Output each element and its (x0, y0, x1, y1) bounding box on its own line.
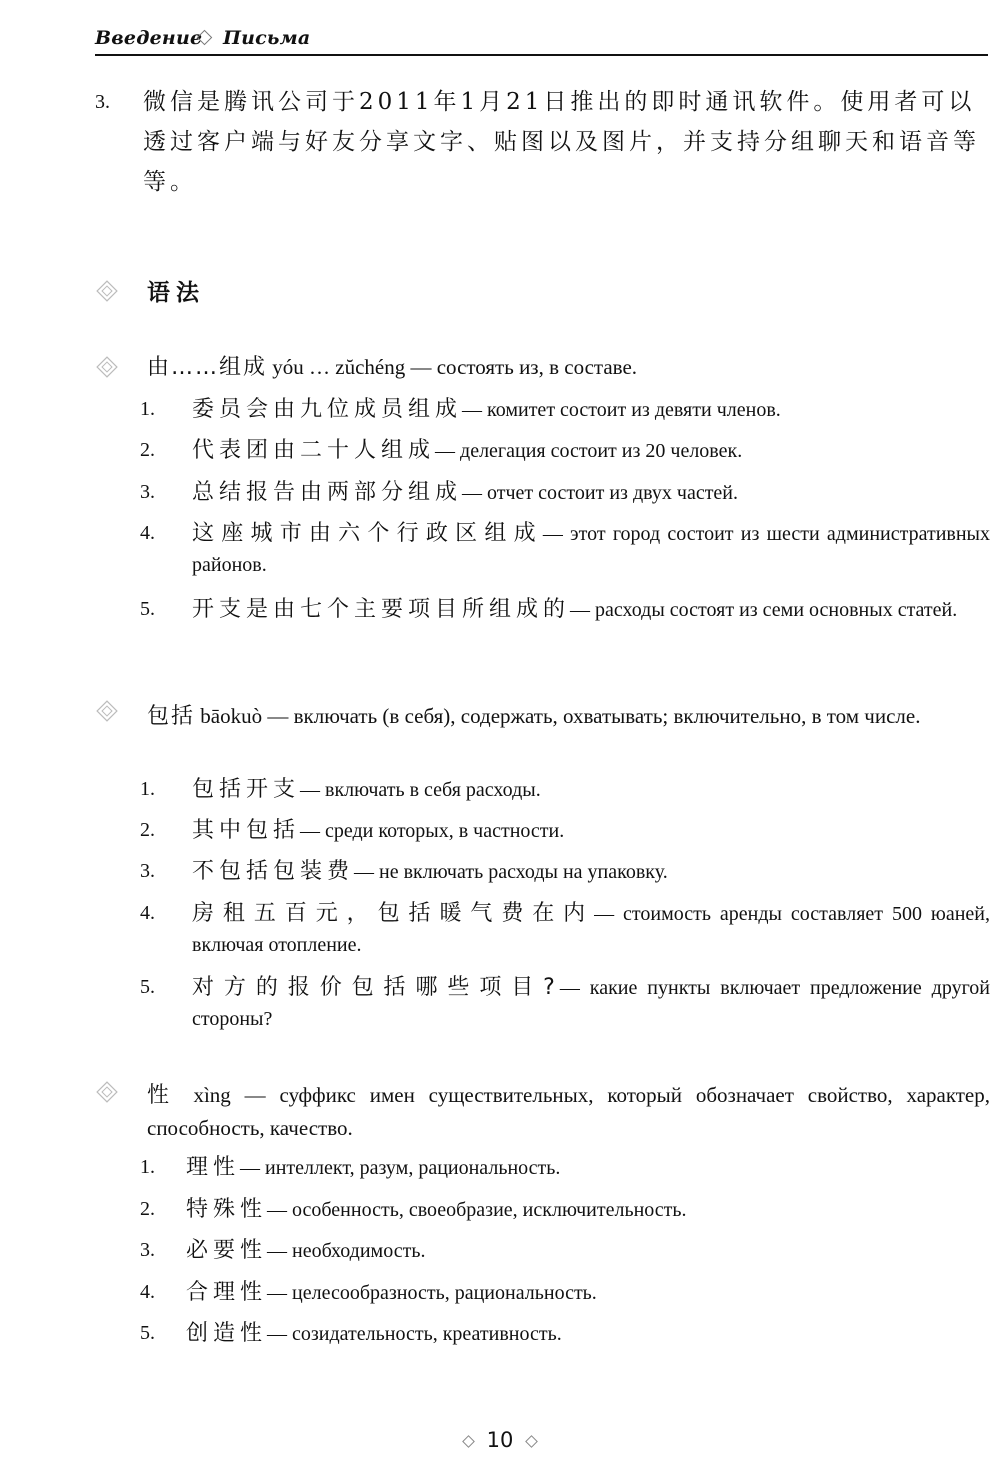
intro-item: 3. 微信是腾讯公司于2011年1月21日推出的即时通讯软件。使用者可以透过客户… (95, 82, 990, 202)
example-item: 5. 对方的报价包括哪些项目?— какие пункты включает п… (140, 972, 990, 1035)
example-translation: — созидательность, креативность. (267, 1323, 562, 1345)
running-header: Введение Письма (95, 26, 988, 56)
section-title: 语法 (147, 274, 205, 307)
grammar-entry-heading: 由……组成 yóu … zŭchéng — состоять из, в сос… (147, 351, 990, 384)
example-hanzi: 代表团由二十人组成 (192, 438, 435, 463)
example-number: 4. (140, 518, 170, 549)
example-item: 5. 开支是由七个主要项目所组成的— расходы состоят из се… (140, 594, 990, 626)
page-number: 10 (487, 1428, 514, 1452)
example-hanzi: 对方的报价包括哪些项目? (192, 975, 560, 1000)
example-item: 2. 特殊性— особенность, своеобразие, исключ… (140, 1194, 990, 1226)
entry-hanzi: 包括 (147, 704, 195, 729)
example-number: 5. (140, 1318, 170, 1349)
example-hanzi: 合理性 (186, 1280, 267, 1305)
example-number: 3. (140, 477, 170, 508)
example-hanzi: 必要性 (186, 1238, 267, 1263)
example-item: 3. 不包括包装费— не включать расходы на упаков… (140, 856, 990, 888)
example-hanzi: 创造性 (186, 1321, 267, 1346)
example-translation: — целесообразность, рациональность. (267, 1282, 597, 1304)
example-hanzi: 委员会由九位成员组成 (192, 397, 462, 422)
example-translation: — расходы состоят из семи основных стате… (570, 599, 957, 621)
example-item: 1. 包括开支— включать в себя расходы. (140, 774, 990, 806)
example-translation: — отчет состоит из двух частей. (462, 482, 738, 504)
example-translation: — необходимость. (267, 1240, 425, 1262)
header-section-title: Введение (95, 27, 202, 49)
example-number: 1. (140, 394, 170, 425)
grammar-entry-heading: 包括 bāokuò — включать (в себя), содержать… (147, 700, 990, 733)
example-item: 3. 总结报告由两部分组成— отчет состоит из двух час… (140, 477, 990, 509)
diamond-icon (96, 356, 118, 378)
example-hanzi: 开支是由七个主要项目所组成的 (192, 597, 570, 622)
example-number: 2. (140, 815, 170, 846)
example-number: 3. (140, 1235, 170, 1266)
item-text: 微信是腾讯公司于2011年1月21日推出的即时通讯软件。使用者可以透过客户端与好… (143, 82, 990, 202)
example-number: 2. (140, 435, 170, 466)
example-translation: — особенность, своеобразие, исключительн… (267, 1199, 687, 1221)
diamond-icon (96, 700, 118, 722)
example-item: 2. 代表团由二十人组成— делегация состоит из 20 че… (140, 435, 990, 467)
diamond-icon (96, 280, 118, 302)
example-translation: — не включать расходы на упаковку. (354, 861, 668, 883)
entry-definition: — суффикс имен существительных, который … (147, 1083, 990, 1140)
entry-hanzi: 性 (147, 1083, 180, 1108)
entry-pinyin: yóu … zŭchéng (272, 355, 405, 379)
example-hanzi: 特殊性 (186, 1197, 267, 1222)
example-translation: — включать в себя расходы. (300, 779, 541, 801)
item-number: 3. (95, 82, 110, 122)
example-item: 4. 房租五百元，包括暖气费在内— стоимость аренды соста… (140, 898, 990, 961)
example-item: 2. 其中包括— среди которых, в частности. (140, 815, 990, 847)
example-translation: — делегация состоит из 20 человек. (435, 440, 742, 462)
example-translation: — среди которых, в частности. (300, 820, 564, 842)
example-translation: — комитет состоит из девяти членов. (462, 399, 781, 421)
diamond-icon (462, 1435, 475, 1448)
example-number: 4. (140, 1277, 170, 1308)
example-hanzi: 不包括包装费 (192, 859, 354, 884)
example-number: 1. (140, 1152, 170, 1183)
example-hanzi: 理性 (186, 1155, 240, 1180)
diamond-icon (96, 1081, 118, 1103)
grammar-entry-heading: 性 xìng — суффикс имен существительных, к… (147, 1079, 990, 1145)
example-hanzi: 总结报告由两部分组成 (192, 480, 462, 505)
example-number: 5. (140, 594, 170, 625)
example-number: 5. (140, 972, 170, 1003)
entry-hanzi: 由……组成 (147, 355, 267, 380)
example-number: 4. (140, 898, 170, 929)
example-hanzi: 包括开支 (192, 777, 300, 802)
example-translation: — интеллект, разум, рациональность. (240, 1157, 560, 1179)
page-footer: 10 (0, 1428, 1000, 1452)
example-number: 2. (140, 1194, 170, 1225)
header-chapter-title: Письма (223, 27, 310, 49)
example-hanzi: 这座城市由六个行政区组成 (192, 521, 543, 546)
example-hanzi: 其中包括 (192, 818, 300, 843)
entry-pinyin: bāokuò (200, 704, 262, 728)
entry-pinyin: xìng (193, 1083, 230, 1107)
entry-definition: — включать (в себя), содержать, охватыва… (267, 704, 920, 728)
example-item: 4. 合理性— целесообразность, рациональность… (140, 1277, 990, 1309)
example-item: 1. 理性— интеллект, разум, рациональность. (140, 1152, 990, 1184)
example-item: 1. 委员会由九位成员组成— комитет состоит из девяти… (140, 394, 990, 426)
example-number: 3. (140, 856, 170, 887)
example-item: 5. 创造性— созидательность, креативность. (140, 1318, 990, 1350)
example-number: 1. (140, 774, 170, 805)
example-item: 4. 这座城市由六个行政区组成— этот город состоит из ш… (140, 518, 990, 581)
example-hanzi: 房租五百元，包括暖气费在内 (192, 901, 594, 926)
diamond-icon (525, 1435, 538, 1448)
example-item: 3. 必要性— необходимость. (140, 1235, 990, 1267)
entry-definition: — состоять из, в составе. (410, 355, 637, 379)
